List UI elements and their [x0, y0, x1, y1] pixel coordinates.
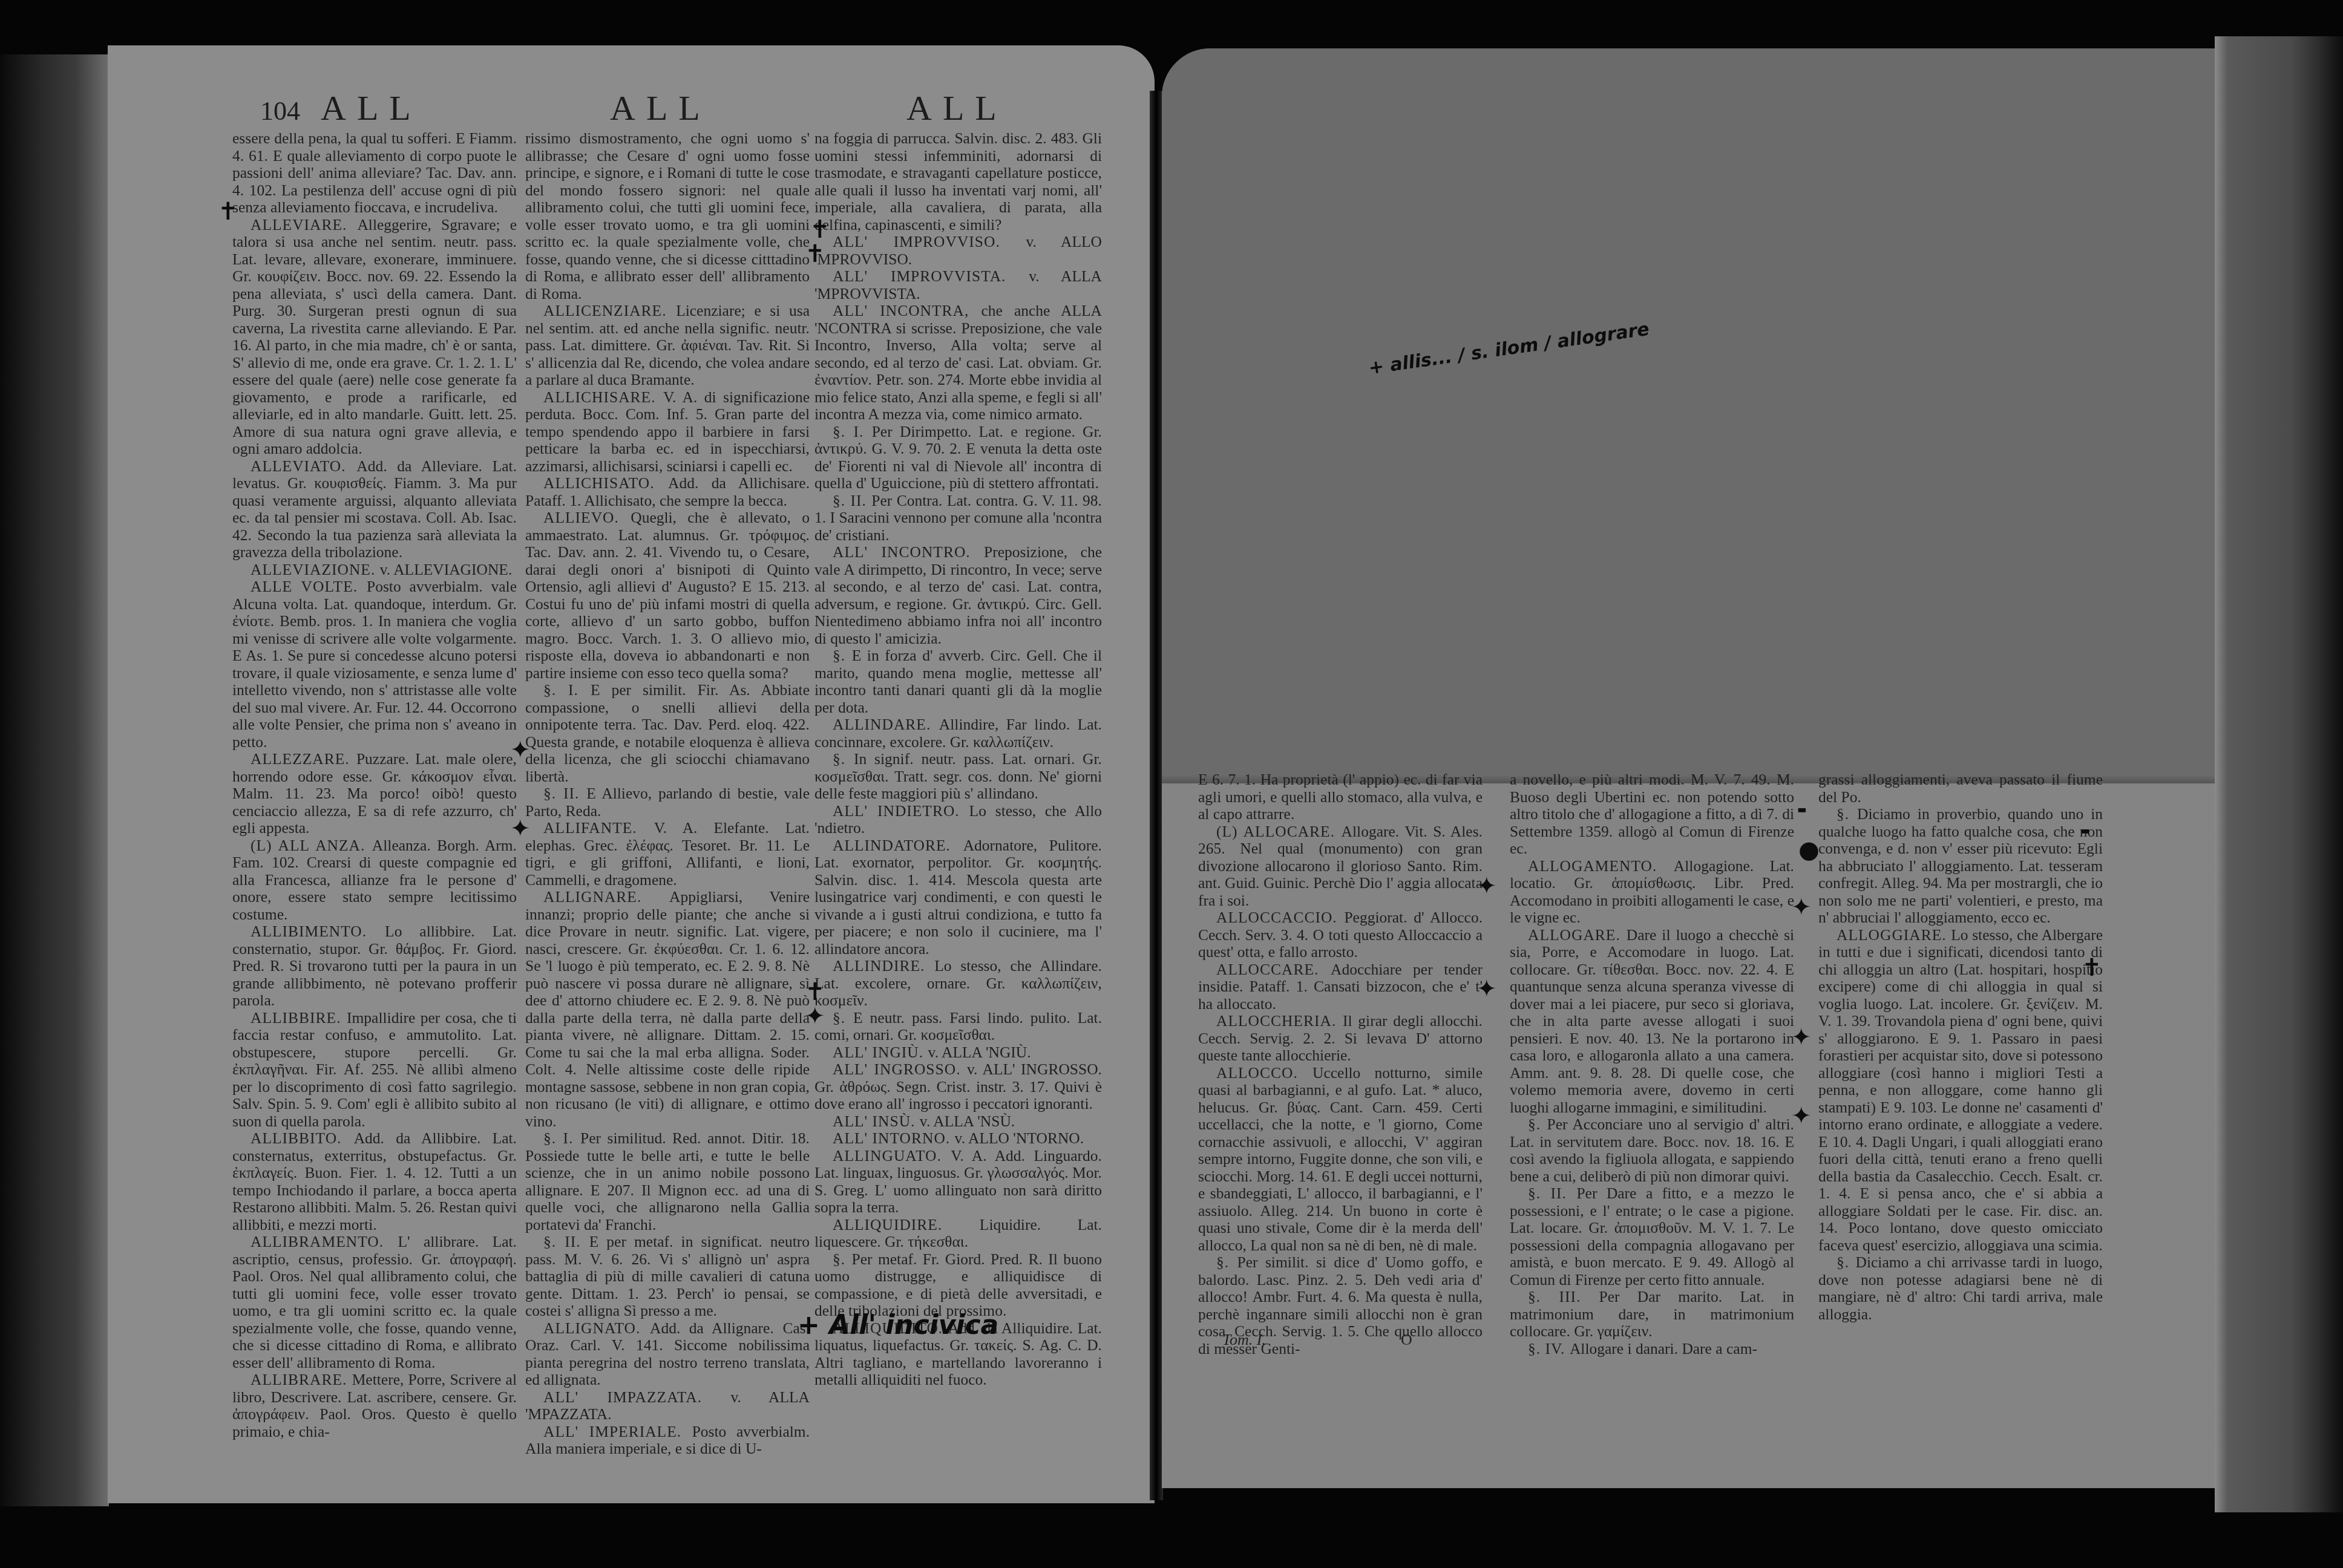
entry-headword: ALL' IMPROVVISTA.: [814, 267, 1029, 285]
entry-text: Diciamo in proverbio, quando uno in qual…: [1818, 805, 2103, 926]
running-head-left: 104ALL: [260, 88, 422, 128]
entry-headword: ALLIQUIDIRE.: [814, 1216, 980, 1233]
book-gutter: [1150, 91, 1163, 1500]
dictionary-entry: ALLEZZARE. Puzzare. Lat. male olere, hor…: [232, 751, 517, 837]
dictionary-entry: ALLINDIRE. Lo stesso, che Allindare. Lat…: [814, 958, 1102, 1010]
dictionary-entry: §. E in forza d' avverb. Circ. Gell. Che…: [814, 647, 1102, 716]
dictionary-entry: ALLIFANTE. V. A. Elefante. Lat. elephas.…: [525, 820, 810, 889]
entry-headword: ALLOCCHERIA.: [1198, 1012, 1343, 1030]
entry-headword: ALLIFANTE.: [525, 819, 654, 837]
dictionary-entry: §. Diciamo a chi arrivasse tardi in luog…: [1818, 1254, 2103, 1323]
dictionary-entry: ALL' INCONTRO. Preposizione, che vale A …: [814, 544, 1102, 647]
entry-headword: §.: [1818, 805, 1857, 823]
margin-dash-mark: ╸: [2082, 820, 2096, 844]
entry-headword: ALLOGGIARE.: [1818, 926, 1951, 944]
dictionary-entry: ALL' INTORNO. v. ALLO 'NTORNO.: [814, 1130, 1102, 1148]
dictionary-entry: §. In signif. neutr. pass. Lat. ornari. …: [814, 751, 1102, 803]
entry-headword: ALLOGAMENTO.: [1510, 857, 1674, 875]
entry-text: Uccello notturno, simile quasi al barbag…: [1198, 1064, 1483, 1254]
handwritten-note-overlay: + allis... / s. ilom / allograre: [1368, 319, 1651, 379]
entry-text: Posto avverbialm. vale Alcuna volta. Lat…: [232, 578, 517, 751]
dictionary-entry: ALLIBBIRE. Impallidire per cosa, che ti …: [232, 1010, 517, 1131]
entry-headword: ALLIBRARE.: [232, 1371, 352, 1388]
margin-star-mark: ✦: [1791, 895, 1812, 920]
dictionary-entry: ALLINDATORE. Adornatore, Pulitore. Lat. …: [814, 837, 1102, 958]
entry-headword: ALLINDARE.: [814, 716, 939, 733]
entry-headword: ALLIBBIRE.: [232, 1009, 347, 1027]
book-right-fore-edge: [2215, 36, 2343, 1512]
margin-cross-mark: ✝: [218, 200, 238, 224]
entry-text: Diciamo a chi arrivasse tardi in luogo, …: [1818, 1253, 2103, 1323]
entry-text: E in forza d' avverb. Circ. Gell. Che il…: [814, 647, 1102, 716]
dictionary-entry: essere della pena, la qual tu sofferi. E…: [232, 130, 517, 217]
margin-cross-mark: ✝: [2082, 956, 2102, 980]
margin-star-mark: ✦: [510, 738, 531, 762]
entry-text: Per metaf. Fr. Giord. Pred. R. Il buono …: [814, 1250, 1102, 1320]
entry-headword: ALL' IMPROVVISO.: [814, 233, 1026, 250]
entry-text: Dare il luogo a checchè si sia, Porre, e…: [1510, 926, 1794, 1116]
margin-dot-mark: ●: [1798, 838, 1820, 862]
dictionary-entry: ALLEVIAZIONE. v. ALLEVIAGIONE.: [232, 561, 517, 579]
entry-headword: ALL' INGROSSO.: [814, 1060, 967, 1078]
right-page: + allis... / s. ilom / allograre E 6. 7.…: [1162, 48, 2215, 1488]
dictionary-entry: §. Per Acconciare uno al servigio d' alt…: [1510, 1116, 1794, 1185]
margin-star-mark: ✦: [1791, 1104, 1812, 1128]
dictionary-entry: §. II. Per Contra. Lat. contra. G. V. 11…: [814, 492, 1102, 544]
dictionary-entry: ALLIBBITO. Add. da Allibbire. Lat. const…: [232, 1130, 517, 1233]
entry-text: v. ALLEVIAGIONE.: [380, 561, 513, 578]
dictionary-entry: ALLIBRAMENTO. L' allibrare. Lat. ascript…: [232, 1233, 517, 1371]
margin-cross-mark: ✦: [805, 1004, 825, 1028]
right-page-column-3: grassi alloggiamenti, aveva passato il f…: [1818, 771, 2103, 1449]
entry-headword: ALL' INDIETRO.: [814, 802, 969, 820]
entry-headword: ALL' INCONTRA,: [814, 302, 981, 319]
left-page-column-3: na foggia di parrucca. Salvin. disc. 2. …: [814, 130, 1102, 1334]
dictionary-entry: ALL' INCONTRA, che anche ALLA 'NCONTRA s…: [814, 302, 1102, 423]
dictionary-entry: §. III. Per Dar marito. Lat. in matrimon…: [1510, 1289, 1794, 1341]
entry-headword: §. IV.: [1510, 1340, 1570, 1357]
dictionary-entry: grassi alloggiamenti, aveva passato il f…: [1818, 771, 2103, 806]
entry-text: Adornatore, Pulitore. Lat. exornator, pe…: [814, 837, 1102, 958]
left-page-column-1: essere della pena, la qual tu sofferi. E…: [232, 130, 517, 1352]
page-number: 104: [260, 96, 300, 126]
dictionary-entry: ALL' IMPROVVISTA. v. ALLA 'MPROVVISTA.: [814, 268, 1102, 302]
margin-star-mark: ✦: [1476, 874, 1497, 898]
dictionary-entry: na foggia di parrucca. Salvin. disc. 2. …: [814, 130, 1102, 234]
dictionary-entry: ALLICHISATO. Add. da Allichisare. Pataff…: [525, 475, 810, 509]
entry-headword: §.: [814, 750, 854, 768]
entry-headword: ALLIGNARE.: [525, 888, 669, 906]
dictionary-entry: E 6. 7. 1. Ha proprietà (l' appio) ec. d…: [1198, 771, 1483, 823]
entry-headword: §. I.: [525, 681, 591, 699]
entry-headword: ALLIBIMENTO.: [232, 923, 385, 940]
entry-headword: (L) ALL ANZA.: [232, 837, 372, 854]
left-page-column-2: rissimo dismostramento, che ogni uomo s'…: [525, 130, 810, 1334]
dictionary-entry: ALLIGNARE. Appigliarsi, Venire innanzi; …: [525, 889, 810, 1130]
dictionary-entry: ALLOGGIARE. Lo stesso, che Albergare in …: [1818, 927, 2103, 1255]
entry-headword: ALLE VOLTE.: [232, 578, 367, 595]
entry-headword: ALLIGNATO.: [525, 1319, 650, 1337]
entry-text: Per Acconciare uno al servigio d' altri.…: [1510, 1116, 1794, 1185]
dictionary-entry: ALLIBRARE. Mettere, Porre, Scrivere al l…: [232, 1371, 517, 1440]
entry-headword: (L) ALLOCARE.: [1198, 823, 1342, 840]
entry-headword: §.: [814, 647, 852, 664]
dictionary-entry: ALL' INSÙ. v. ALLA 'NSÙ.: [814, 1113, 1102, 1131]
dictionary-entry: ALLOCCACCIO. Peggiorat. d' Allocco. Cecc…: [1198, 909, 1483, 961]
dictionary-entry: ALLOGARE. Dare il luogo a checchè si sia…: [1510, 927, 1794, 1117]
entry-headword: ALLICHISATO.: [525, 474, 668, 492]
entry-headword: §.: [1510, 1116, 1547, 1133]
margin-cross-mark: ✝: [805, 980, 825, 1004]
footer-signature: O: [1401, 1331, 1412, 1349]
dictionary-entry: ALLEVIARE. Alleggerire, Sgravare; e talo…: [232, 217, 517, 458]
right-page-visible-text: E 6. 7. 1. Ha proprietà (l' appio) ec. d…: [1162, 783, 2215, 1488]
entry-headword: §. I.: [525, 1129, 580, 1147]
entry-text: grassi alloggiamenti, aveva passato il f…: [1818, 771, 2103, 806]
entry-headword: §. II.: [525, 1233, 589, 1250]
entry-headword: ALL' INCONTRO.: [814, 543, 984, 561]
entry-headword: ALLOGARE.: [1510, 926, 1627, 944]
dictionary-entry: ALL' INDIETRO. Lo stesso, che Allo 'ndie…: [814, 803, 1102, 837]
entry-headword: §. III.: [1510, 1288, 1599, 1305]
entry-text: rissimo dismostramento, che ogni uomo s'…: [525, 129, 810, 302]
entry-text: Allogare i danari. Dare a cam-: [1570, 1340, 1757, 1357]
entry-headword: ALLIEVO.: [525, 509, 631, 526]
dictionary-entry: ALL' IMPROVVISO. v. ALLO 'MPROVVISO.: [814, 234, 1102, 268]
entry-text: a novello, e più altri modi. M. V. 7. 49…: [1510, 771, 1794, 857]
entry-text: v. ALLA 'NGIÙ.: [928, 1044, 1031, 1061]
dictionary-entry: §. I. Per similitud. Red. annot. Ditir. …: [525, 1130, 810, 1233]
entry-headword: ALLINGUATO.: [814, 1147, 951, 1165]
dictionary-entry: §. E neutr. pass. Farsi lindo. pulito. L…: [814, 1010, 1102, 1044]
dictionary-entry: ALLICHISARE. V. A. di significazione per…: [525, 389, 810, 475]
margin-dash-mark: ╸: [1798, 799, 1813, 823]
dictionary-entry: §. II. E per metaf. in significat. neutr…: [525, 1233, 810, 1320]
entry-headword: §. I.: [814, 423, 872, 440]
entry-text: Lo stesso, che Albergare in tutti e due …: [1818, 926, 2103, 1254]
dictionary-entry: ALLEVIATO. Add. da Alleviare. Lat. levat…: [232, 458, 517, 561]
entry-headword: §.: [814, 1250, 852, 1268]
dictionary-entry: (L) ALL ANZA. Alleanza. Borgh. Arm. Fam.…: [232, 837, 517, 924]
entry-headword: ALLIBBITO.: [232, 1129, 354, 1147]
dictionary-entry: §. II. Per Dare a fitto, e a mezzo le po…: [1510, 1185, 1794, 1289]
margin-cross-mark: ✝: [805, 242, 825, 266]
entry-text: E 6. 7. 1. Ha proprietà (l' appio) ec. d…: [1198, 771, 1483, 823]
entry-headword: ALL' IMPERIALE.: [525, 1423, 692, 1440]
entry-text: v. ALLO 'NTORNO.: [955, 1129, 1084, 1147]
dictionary-entry: ALLOCCHERIA. Il girar degli allocchi. Ce…: [1198, 1013, 1483, 1065]
dictionary-entry: §. I. E per similit. Fir. As. Abbiate co…: [525, 682, 810, 785]
dictionary-entry: ALL' INGROSSO. v. ALL' INGROSSO. Gr. ἀθρ…: [814, 1061, 1102, 1113]
entry-headword: §. II.: [525, 785, 586, 802]
entry-headword: ALL' INSÙ.: [814, 1112, 920, 1130]
dictionary-entry: ALLIBIMENTO. Lo allibbire. Lat. constern…: [232, 923, 517, 1010]
dictionary-entry: §. IV. Allogare i danari. Dare a cam-: [1510, 1341, 1794, 1358]
entry-headword: ALLEZZARE.: [232, 750, 356, 768]
dictionary-entry: ALLOGAMENTO. Allogagione. Lat. locatio. …: [1510, 858, 1794, 927]
entry-headword: ALL' IMPAZZATA.: [525, 1388, 731, 1406]
entry-headword: ALL' INGIÙ.: [814, 1044, 928, 1061]
entry-text: Quegli, che è allevato, o ammaestrato. L…: [525, 509, 810, 682]
entry-text: Appigliarsi, Venire innanzi; proprio del…: [525, 888, 810, 1130]
entry-text: In signif. neutr. pass. Lat. ornari. Gr.…: [814, 750, 1102, 802]
dictionary-entry: ALLIGNATO. Add. da Allignare. Cas. Oraz.…: [525, 1320, 810, 1389]
dictionary-entry: §. II. E Allievo, parlando di bestie, va…: [525, 785, 810, 820]
dictionary-entry: ALL' IMPERIALE. Posto avverbialm. Alla m…: [525, 1423, 810, 1458]
running-head-text: ALL: [321, 88, 422, 128]
footer-volume: Tom. I.: [1222, 1331, 1266, 1349]
entry-headword: ALLEVIAZIONE.: [232, 561, 380, 578]
dictionary-entry: a novello, e più altri modi. M. V. 7. 49…: [1510, 771, 1794, 858]
entry-text: che anche ALLA 'NCONTRA si scrisse. Prep…: [814, 302, 1102, 423]
dictionary-entry: ALL' INGIÙ. v. ALLA 'NGIÙ.: [814, 1044, 1102, 1062]
dictionary-entry: ALLINGUATO. V. A. Add. Linguardo. Lat. l…: [814, 1148, 1102, 1217]
entry-text: essere della pena, la qual tu sofferi. E…: [232, 129, 517, 216]
margin-star-mark: ✦: [1791, 1025, 1812, 1050]
entry-headword: ALLINDIRE.: [814, 957, 934, 975]
margin-cross-mark: ✝: [810, 218, 830, 242]
entry-headword: §. II.: [1510, 1184, 1576, 1202]
running-head-right: ALL: [906, 88, 1008, 128]
entry-headword: §. II.: [814, 492, 871, 509]
entry-headword: ALLICHISARE.: [525, 388, 663, 406]
entry-headword: ALLICENZIARE.: [525, 302, 676, 319]
right-page-column-2: a novello, e più altri modi. M. V. 7. 49…: [1510, 771, 1794, 1449]
entry-headword: ALLOCCO.: [1198, 1064, 1312, 1082]
running-head-center: ALL: [610, 88, 711, 128]
dictionary-entry: §. Diciamo in proverbio, quando uno in q…: [1818, 806, 2103, 927]
entry-text: v. ALLA 'NSÙ.: [920, 1112, 1015, 1130]
dictionary-entry: §. I. Per Dirimpetto. Lat. e regione. Gr…: [814, 423, 1102, 492]
handwritten-note-bottom: + All' incivica: [798, 1310, 998, 1341]
dictionary-entry: ALL' IMPAZZATA. v. ALLA 'MPAZZATA.: [525, 1389, 810, 1423]
dictionary-entry: ALLINDARE. Allindire, Far lindo. Lat. co…: [814, 716, 1102, 751]
entry-headword: §.: [1818, 1253, 1856, 1271]
entry-text: L' allibrare. Lat. ascriptio, census, pr…: [232, 1233, 517, 1371]
entry-headword: §.: [1198, 1253, 1237, 1271]
entry-headword: ALLOCCARE.: [1198, 961, 1331, 978]
dictionary-entry: ALLICENZIARE. Licenziare; e si usa nel s…: [525, 302, 810, 389]
entry-headword: ALLINDATORE.: [814, 837, 963, 854]
dictionary-entry: ALLE VOLTE. Posto avverbialm. vale Alcun…: [232, 578, 517, 751]
entry-text: Alleggerire, Sgravare; e talora si usa a…: [232, 216, 517, 458]
entry-text: Impallidire per cosa, che ti faccia rest…: [232, 1009, 517, 1130]
margin-star-mark: ✦: [1476, 977, 1497, 1001]
book-left-fore-edge: [0, 54, 109, 1506]
dictionary-entry: ALLIEVO. Quegli, che è allevato, o ammae…: [525, 509, 810, 682]
entry-headword: ALLIBRAMENTO.: [232, 1233, 398, 1250]
dictionary-entry: ALLIQUIDIRE. Liquidire. Lat. liquescere.…: [814, 1217, 1102, 1251]
entry-text: na foggia di parrucca. Salvin. disc. 2. …: [814, 129, 1102, 234]
margin-star-mark: ✦: [510, 817, 531, 841]
covering-blank-sheet: + allis... / s. ilom / allograre: [1162, 48, 2215, 783]
entry-headword: ALLEVIATO.: [232, 457, 356, 475]
dictionary-entry: ALLOCCARE. Adocchiare per tender insidie…: [1198, 961, 1483, 1013]
left-page: 104ALL ALL ALL essere della pena, la qua…: [108, 45, 1155, 1503]
entry-headword: ALLEVIARE.: [232, 216, 357, 234]
dictionary-entry: ALLOCCO. Uccello notturno, simile quasi …: [1198, 1065, 1483, 1255]
entry-headword: ALL' INTORNO.: [814, 1129, 955, 1147]
entry-text: E neutr. pass. Farsi lindo. pulito. Lat.…: [814, 1009, 1102, 1044]
entry-headword: ALLOCCACCIO.: [1198, 909, 1344, 926]
dictionary-entry: rissimo dismostramento, che ogni uomo s'…: [525, 130, 810, 302]
dictionary-entry: (L) ALLOCARE. Allogare. Vit. S. Ales. 26…: [1198, 823, 1483, 910]
